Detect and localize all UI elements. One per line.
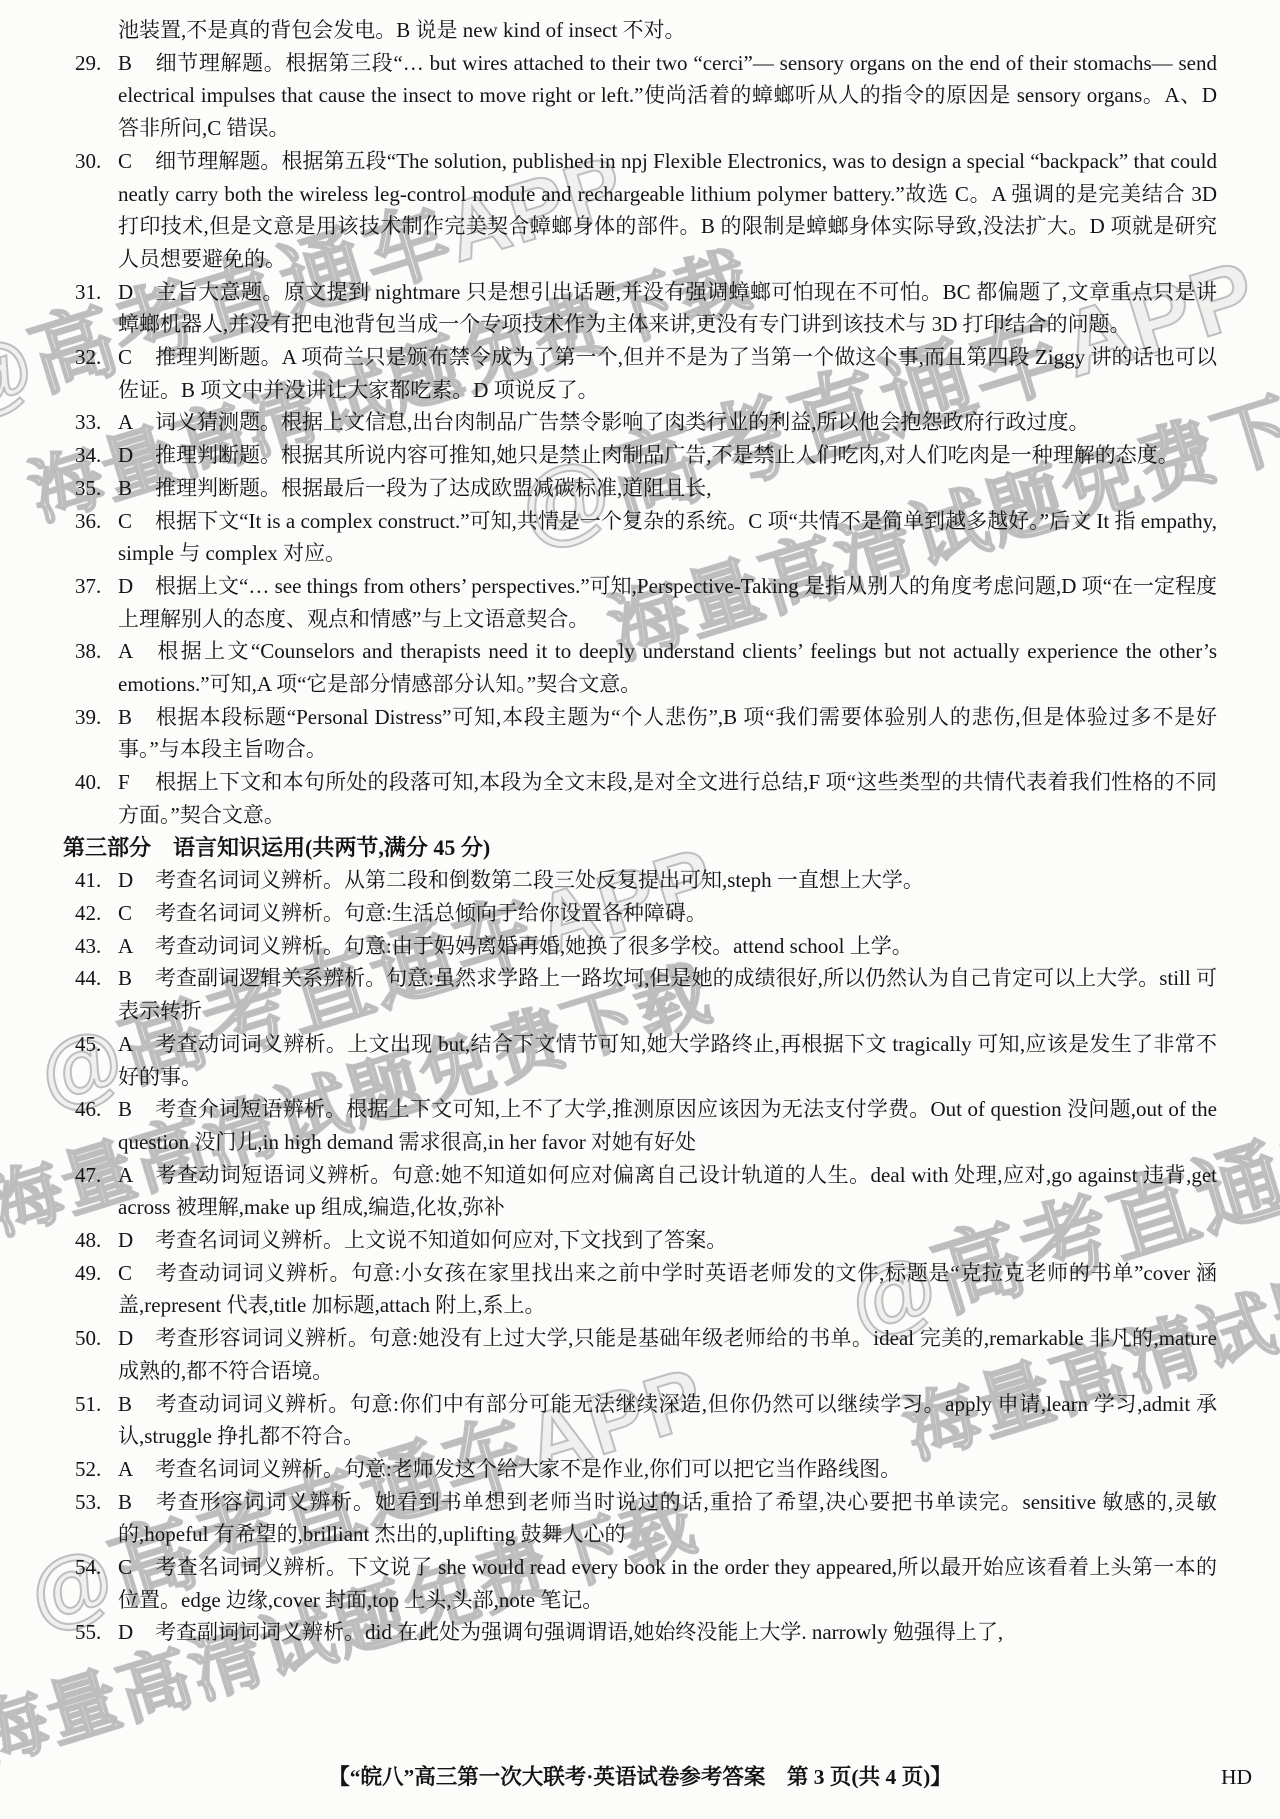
question-number: 36.	[75, 505, 118, 538]
explanation-text: 考查名词词义辨析。上文说不知道如何应对,下文找到了答案。	[155, 1228, 727, 1252]
answer-letter: C	[118, 897, 134, 930]
answer-letter: A	[118, 1028, 134, 1061]
question-number: 30.	[75, 145, 118, 178]
answer-letter: D	[118, 1224, 134, 1257]
answer-item: 35.B推理判断题。根据最后一段为了达成欧盟减碳标准,道阻且长,	[75, 472, 1217, 505]
answer-item: 29.B细节理解题。根据第三段“… but wires attached to …	[75, 47, 1217, 145]
question-number: 42.	[75, 897, 118, 930]
question-number: 44.	[75, 962, 118, 995]
answer-letter: F	[118, 766, 134, 799]
question-number: 29.	[75, 47, 118, 80]
answer-letter: A	[118, 1453, 134, 1486]
question-number: 50.	[75, 1322, 118, 1355]
explanation-text: 推理判断题。根据最后一段为了达成欧盟减碳标准,道阻且长,	[155, 476, 712, 500]
answer-letter: D	[118, 1616, 134, 1649]
answer-item: 45.A考查动词词义辨析。上文出现 but,结合下文情节可知,她大学路终止,再根…	[75, 1028, 1217, 1093]
answer-letter: B	[118, 1093, 134, 1126]
answer-letter: B	[118, 1486, 134, 1519]
explanation-text: 根据上文“Counselors and therapists need it t…	[118, 639, 1217, 696]
question-number: 41.	[75, 864, 118, 897]
reading-comprehension-answers: 29.B细节理解题。根据第三段“… but wires attached to …	[75, 47, 1217, 832]
answer-item: 40.F根据上下文和本句所处的段落可知,本段为全文末段,是对全文进行总结,F 项…	[75, 766, 1217, 831]
question-number: 51.	[75, 1388, 118, 1421]
question-number: 40.	[75, 766, 118, 799]
explanation-text: 考查动词短语词义辨析。句意:她不知道如何应对偏离自己设计轨道的人生。deal w…	[118, 1163, 1217, 1220]
answer-item: 55.D考查副词词词义辨析。did 在此处为强调句强调谓语,她始终没能上大学. …	[75, 1616, 1217, 1649]
answer-item: 41.D考查名词词义辨析。从第二段和倒数第二段三处反复提出可知,steph 一直…	[75, 864, 1217, 897]
footer-code: HD	[1221, 1762, 1252, 1792]
question-number: 34.	[75, 439, 118, 472]
question-number: 55.	[75, 1616, 118, 1649]
question-number: 54.	[75, 1551, 118, 1584]
question-number: 32.	[75, 341, 118, 374]
explanation-text: 推理判断题。根据其所说内容可推知,她只是禁止肉制品广告,不是禁止人们吃肉,对人们…	[155, 443, 1179, 467]
exam-answer-key-page: @高考直通车APP 海量高清试题免费下载 @高考直通车APP 海量高清试题免费下…	[0, 0, 1280, 1819]
answer-letter: D	[118, 276, 134, 309]
explanation-text: 推理判断题。A 项荷兰只是颁布禁令成为了第一个,但并不是为了当第一个做这个事,而…	[118, 345, 1217, 402]
answer-letter: D	[118, 1322, 134, 1355]
answer-item: 50.D考查形容词词义辨析。句意:她没有上过大学,只能是基础年级老师给的书单。i…	[75, 1322, 1217, 1387]
explanation-text: 考查动词词义辨析。句意:小女孩在家里找出来之前中学时英语老师发的文件,标题是“克…	[118, 1261, 1217, 1318]
answer-letter: A	[118, 635, 134, 668]
answer-letter: D	[118, 570, 134, 603]
section-header: 第三部分 语言知识运用(共两节,满分 45 分)	[63, 832, 1217, 865]
question-number: 45.	[75, 1028, 118, 1061]
answer-item: 31.D主旨大意题。原文提到 nightmare 只是想引出话题,并没有强调蟑螂…	[75, 276, 1217, 341]
answer-letter: B	[118, 1388, 134, 1421]
explanation-text: 考查动词词义辨析。上文出现 but,结合下文情节可知,她大学路终止,再根据下文 …	[118, 1032, 1217, 1089]
answer-item: 36.C根据下文“It is a complex construct.”可知,共…	[75, 505, 1217, 570]
answer-item: 47.A考查动词短语词义辨析。句意:她不知道如何应对偏离自己设计轨道的人生。de…	[75, 1159, 1217, 1224]
question-number: 49.	[75, 1257, 118, 1290]
explanation-text: 细节理解题。根据第三段“… but wires attached to thei…	[118, 51, 1217, 140]
question-number: 35.	[75, 472, 118, 505]
answer-item: 49.C考查动词词义辨析。句意:小女孩在家里找出来之前中学时英语老师发的文件,标…	[75, 1257, 1217, 1322]
language-use-answers: 41.D考查名词词义辨析。从第二段和倒数第二段三处反复提出可知,steph 一直…	[75, 864, 1217, 1649]
page-footer: 【“皖八”高三第一次大联考·英语试卷参考答案 第 3 页(共 4 页)】 HD	[0, 1762, 1280, 1792]
answer-item: 54.C考查名词词义辨析。下文说了 she would read every b…	[75, 1551, 1217, 1616]
answer-item: 30.C细节理解题。根据第五段“The solution, published …	[75, 145, 1217, 276]
answer-letter: C	[118, 341, 134, 374]
explanation-text: 考查动词词义辨析。句意:你们中有部分可能无法继续深造,但你仍然可以继续学习。ap…	[118, 1392, 1217, 1449]
explanation-text: 考查名词词义辨析。从第二段和倒数第二段三处反复提出可知,steph 一直想上大学…	[155, 868, 924, 892]
explanation-text: 考查副词词词义辨析。did 在此处为强调句强调谓语,她始终没能上大学. narr…	[155, 1620, 1003, 1644]
answer-letter: B	[118, 701, 134, 734]
answer-item: 34.D推理判断题。根据其所说内容可推知,她只是禁止肉制品广告,不是禁止人们吃肉…	[75, 439, 1217, 472]
answer-item: 32.C推理判断题。A 项荷兰只是颁布禁令成为了第一个,但并不是为了当第一个做这…	[75, 341, 1217, 406]
explanation-text: 考查副词逻辑关系辨析。句意:虽然求学路上一路坎坷,但是她的成绩很好,所以仍然认为…	[118, 966, 1217, 1023]
explanation-text: 根据下文“It is a complex construct.”可知,共情是一个…	[118, 509, 1217, 566]
answer-letter: A	[118, 930, 134, 963]
question-number: 38.	[75, 635, 118, 668]
explanation-text: 考查名词词义辨析。下文说了 she would read every book …	[118, 1555, 1217, 1612]
question-number: 31.	[75, 276, 118, 309]
question-number: 39.	[75, 701, 118, 734]
answer-item: 51.B考查动词词义辨析。句意:你们中有部分可能无法继续深造,但你仍然可以继续学…	[75, 1388, 1217, 1453]
answer-item: 46.B考查介词短语辨析。根据上下文可知,上不了大学,推测原因应该因为无法支付学…	[75, 1093, 1217, 1158]
explanation-text: 考查介词短语辨析。根据上下文可知,上不了大学,推测原因应该因为无法支付学费。Ou…	[118, 1097, 1217, 1154]
answer-letter: C	[118, 1551, 134, 1584]
answer-letter: B	[118, 47, 134, 80]
explanation-text: 主旨大意题。原文提到 nightmare 只是想引出话题,并没有强调蟑螂可怕现在…	[118, 280, 1217, 337]
continuation-line: 池装置,不是真的背包会发电。B 说是 new kind of insect 不对…	[75, 14, 1217, 47]
answer-item: 37.D根据上文“… see things from others’ persp…	[75, 570, 1217, 635]
explanation-text: 根据上文“… see things from others’ perspecti…	[118, 574, 1217, 631]
answer-letter: A	[118, 406, 134, 439]
answer-letter: C	[118, 1257, 134, 1290]
question-number: 52.	[75, 1453, 118, 1486]
answer-key-content: 池装置,不是真的背包会发电。B 说是 new kind of insect 不对…	[0, 0, 1280, 1649]
answer-letter: B	[118, 962, 134, 995]
answer-letter: A	[118, 1159, 134, 1192]
explanation-text: 考查形容词词义辨析。句意:她没有上过大学,只能是基础年级老师给的书单。ideal…	[118, 1326, 1217, 1383]
explanation-text: 根据本段标题“Personal Distress”可知,本段主题为“个人悲伤”,…	[118, 705, 1217, 762]
answer-letter: B	[118, 472, 134, 505]
answer-letter: D	[118, 864, 134, 897]
explanation-text: 考查名词词义辨析。句意:生活总倾向于给你设置各种障碍。	[155, 901, 707, 925]
question-number: 46.	[75, 1093, 118, 1126]
explanation-text: 考查名词词义辨析。句意:老师发这个给大家不是作业,你们可以把它当作路线图。	[155, 1457, 901, 1481]
question-number: 33.	[75, 406, 118, 439]
answer-item: 42.C考查名词词义辨析。句意:生活总倾向于给你设置各种障碍。	[75, 897, 1217, 930]
answer-letter: C	[118, 505, 134, 538]
explanation-text: 词义猜测题。根据上文信息,出台肉制品广告禁令影响了肉类行业的利益,所以他会抱怨政…	[155, 410, 1090, 434]
explanation-text: 考查形容词词义辨析。她看到书单想到老师当时说过的话,重拾了希望,决心要把书单读完…	[118, 1490, 1217, 1547]
explanation-text: 细节理解题。根据第五段“The solution, published in n…	[118, 149, 1217, 271]
answer-letter: D	[118, 439, 134, 472]
question-number: 37.	[75, 570, 118, 603]
question-number: 53.	[75, 1486, 118, 1519]
answer-item: 33.A词义猜测题。根据上文信息,出台肉制品广告禁令影响了肉类行业的利益,所以他…	[75, 406, 1217, 439]
question-number: 48.	[75, 1224, 118, 1257]
answer-item: 53.B考查形容词词义辨析。她看到书单想到老师当时说过的话,重拾了希望,决心要把…	[75, 1486, 1217, 1551]
explanation-text: 根据上下文和本句所处的段落可知,本段为全文末段,是对全文进行总结,F 项“这些类…	[118, 770, 1217, 827]
answer-item: 52.A考查名词词义辨析。句意:老师发这个给大家不是作业,你们可以把它当作路线图…	[75, 1453, 1217, 1486]
answer-item: 44.B考查副词逻辑关系辨析。句意:虽然求学路上一路坎坷,但是她的成绩很好,所以…	[75, 962, 1217, 1027]
answer-item: 38.A根据上文“Counselors and therapists need …	[75, 635, 1217, 700]
answer-item: 43.A考查动词词义辨析。句意:由于妈妈离婚再婚,她换了很多学校。attend …	[75, 930, 1217, 963]
answer-item: 48.D考查名词词义辨析。上文说不知道如何应对,下文找到了答案。	[75, 1224, 1217, 1257]
question-number: 43.	[75, 930, 118, 963]
answer-item: 39.B根据本段标题“Personal Distress”可知,本段主题为“个人…	[75, 701, 1217, 766]
explanation-text: 考查动词词义辨析。句意:由于妈妈离婚再婚,她换了很多学校。attend scho…	[155, 934, 913, 958]
question-number: 47.	[75, 1159, 118, 1192]
answer-letter: C	[118, 145, 134, 178]
footer-title: 【“皖八”高三第一次大联考·英语试卷参考答案 第 3 页(共 4 页)】	[328, 1765, 952, 1789]
